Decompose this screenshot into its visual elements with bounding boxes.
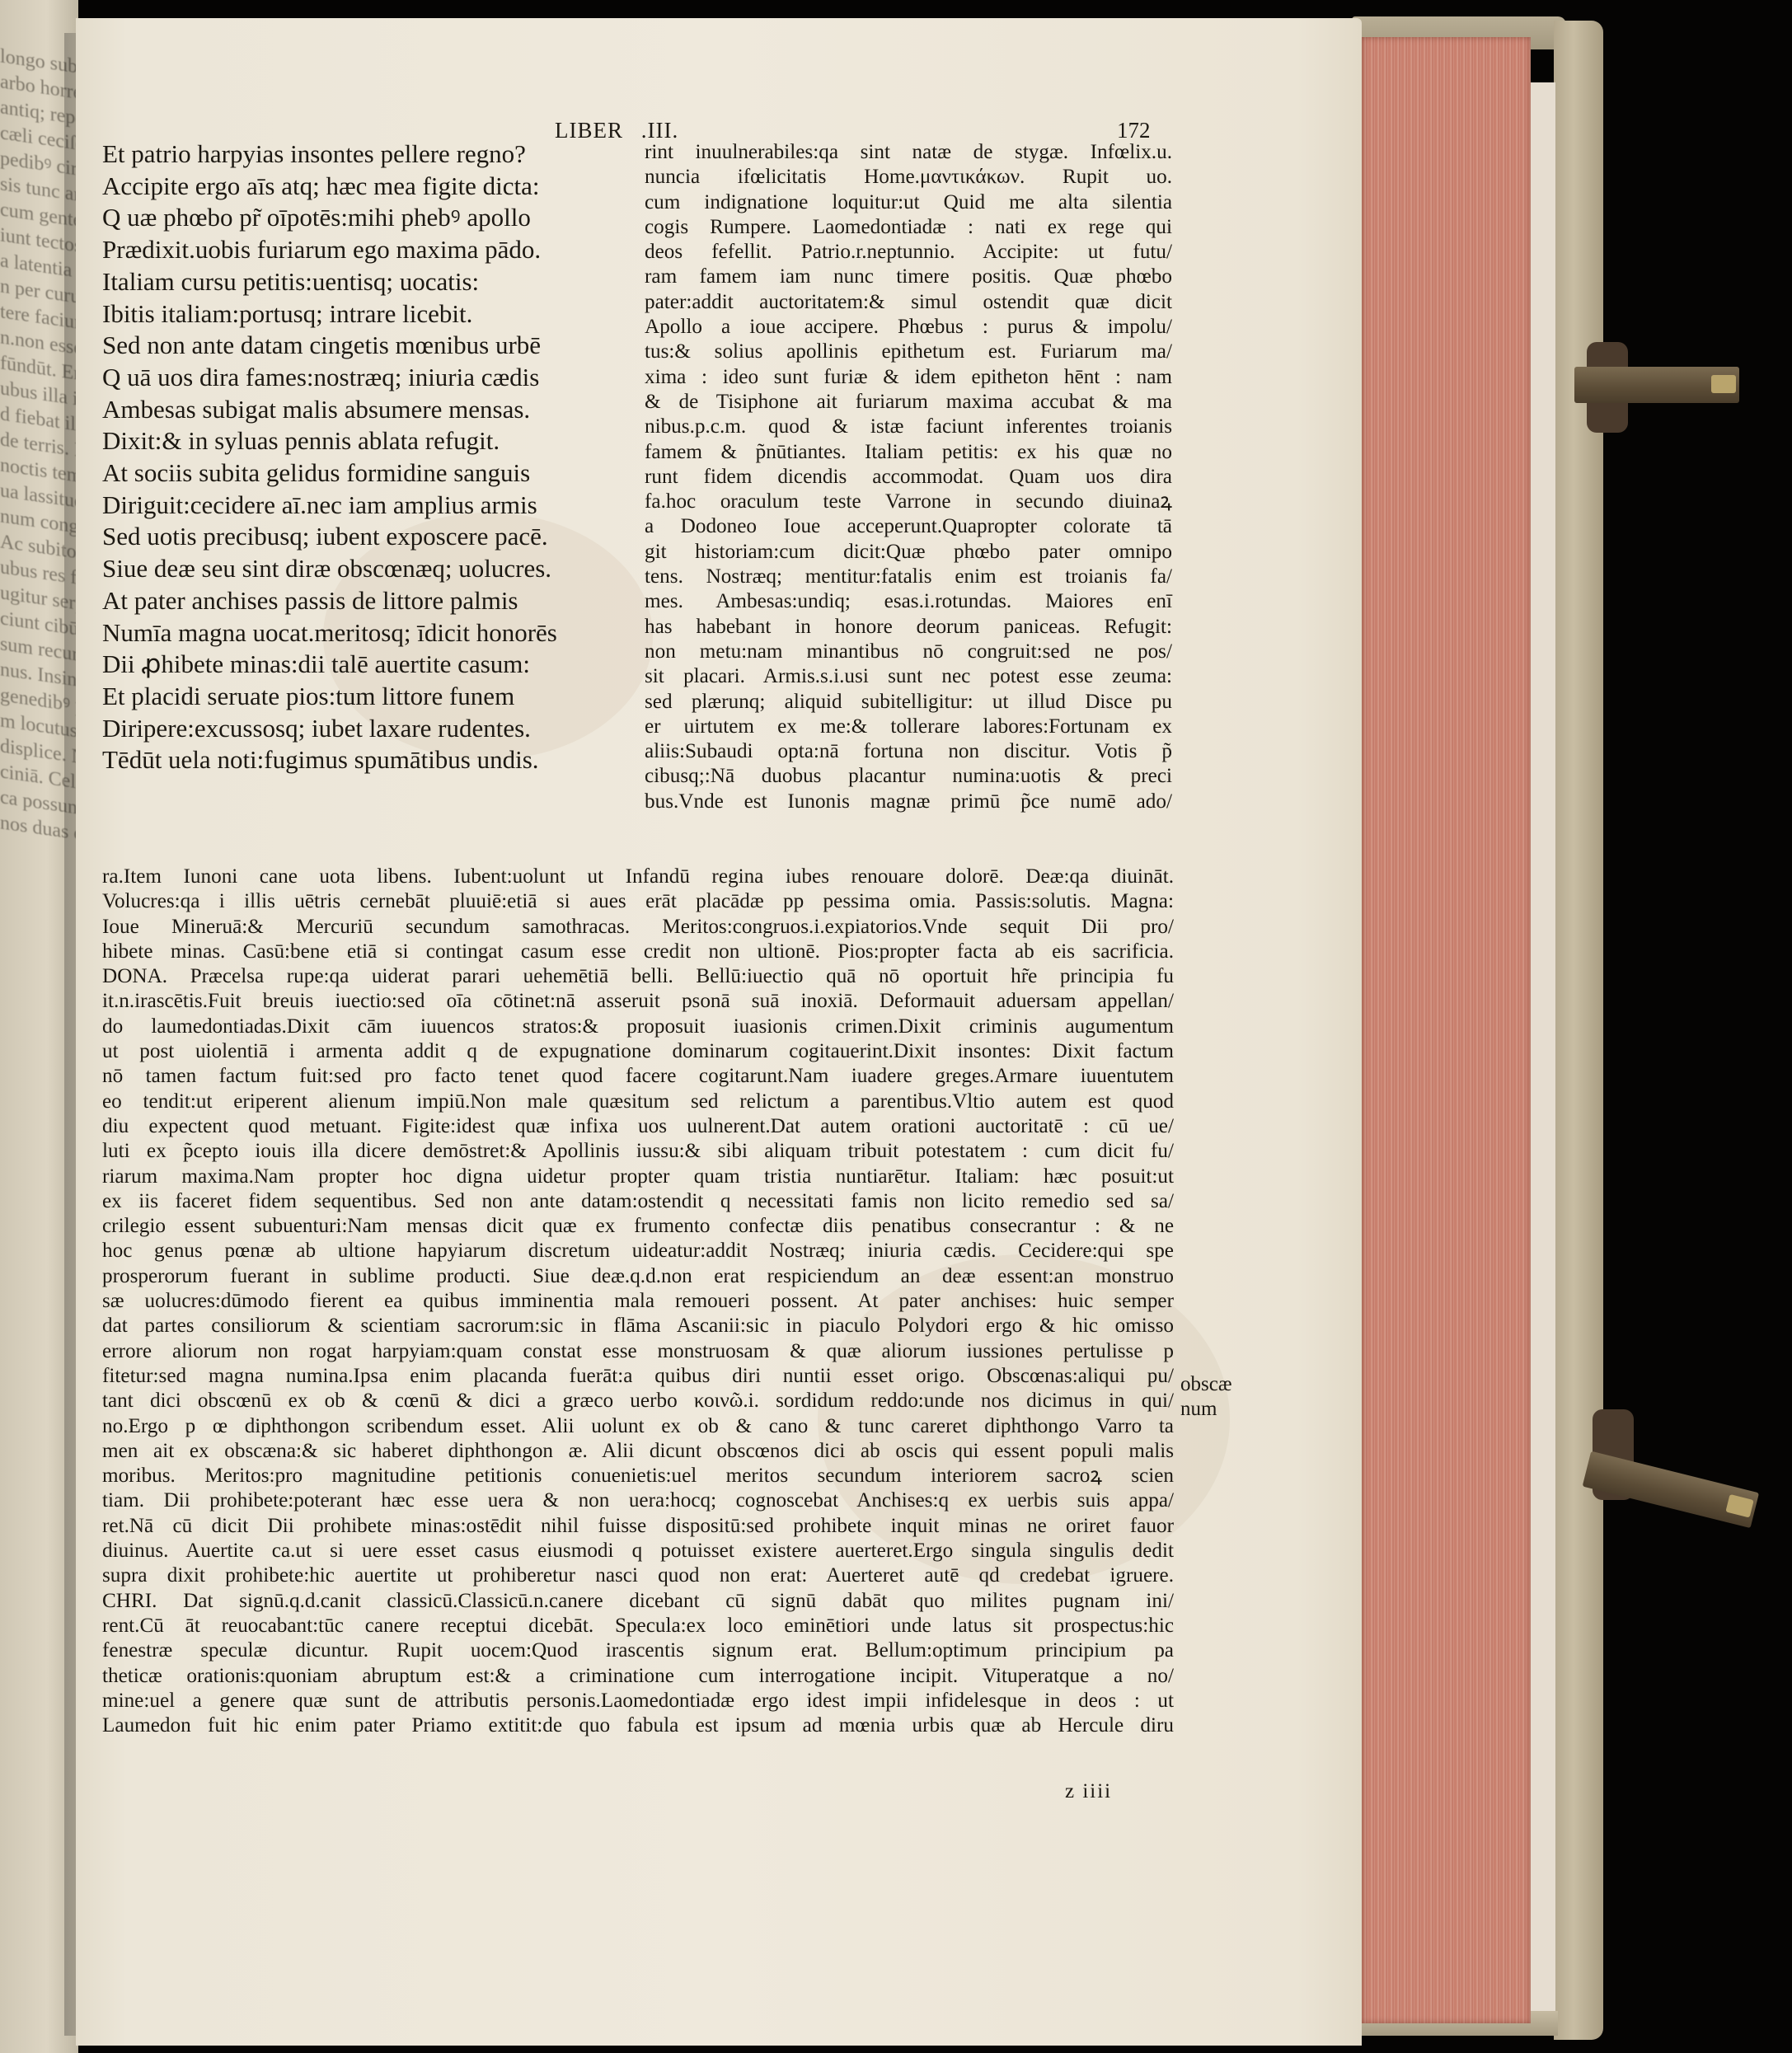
clasp-lower-icon[interactable] — [1583, 1451, 1759, 1528]
book-number: .III. — [641, 118, 678, 143]
commentary-line: runt fidem dicendis accommodat. Quam uos… — [645, 465, 1172, 490]
commentary-line: it.n.irascētis.Fuit breuis iuectio:sed o… — [102, 989, 1174, 1014]
commentary-line: supra dixit prohibete:hic auertite ut pr… — [102, 1563, 1174, 1588]
commentary-line: fenestræ speculæ dicuntur. Rupit uocem:Q… — [102, 1638, 1174, 1663]
commentary-line: nuncia ifœlicitatis Home.μαντικάκων. Rup… — [645, 165, 1172, 190]
commentary-line: ex iis faceret fidem sequentibus. Sed no… — [102, 1189, 1174, 1214]
brass-catch-icon — [1711, 375, 1736, 393]
commentary-line: fitetur:sed magna numina.Ipsa enim placa… — [102, 1364, 1174, 1389]
commentary-line: xima : ideo sunt furiæ & idem epitheton … — [645, 365, 1172, 390]
vellum-binding-board — [1554, 21, 1603, 2040]
verse-line: Dixit:& in syluas pennis ablata refugit. — [102, 425, 646, 457]
verse-line: Ibitis italiam:portusq; intrare licebit. — [102, 298, 646, 330]
commentary-line: diu expectent quod metuant. Figite:idest… — [102, 1114, 1174, 1139]
commentary-line: DONA. Præcelsa rupe:qa uiderat parari ue… — [102, 964, 1174, 989]
commentary-line: er uirtutem ex me:& tollerare labores:Fo… — [645, 715, 1172, 739]
marginal-note: obscæ num — [1180, 1372, 1232, 1422]
commentary-line: git historiam:cum dicit:Quæ phœbo pater … — [645, 540, 1172, 565]
commentary-line: tiam. Dii prohibete:poterant hæc esse ue… — [102, 1488, 1174, 1513]
commentary-line: rent.Cū āt reuocabant:tūc canere receptu… — [102, 1614, 1174, 1638]
commentary-line: nibus.p.c.m. quod & istæ faciunt inferen… — [645, 415, 1172, 439]
verse-line: Ambesas subigat malis absumere mensas. — [102, 394, 646, 426]
marginal-note-line: num — [1180, 1397, 1232, 1422]
commentary-line: moribus. Meritos:pro magnitudine petitio… — [102, 1464, 1174, 1488]
commentary-line: ram famem iam nunc timere positis. Quæ p… — [645, 265, 1172, 289]
commentary-line: no.Ergo p œ diphthongon scribendum esset… — [102, 1414, 1174, 1439]
commentary-full-width: ra.Item Iunoni cane uota libens. Iubent:… — [102, 865, 1174, 1738]
commentary-line: cibusq;:Nā duobus placantur numina:uotis… — [645, 764, 1172, 789]
commentary-line: cum indignatione loquitur:ut Quid me alt… — [645, 190, 1172, 215]
brass-catch-icon — [1725, 1494, 1753, 1518]
commentary-line: luti ex p̃cepto iouis illa dicere demōst… — [102, 1139, 1174, 1164]
commentary-line: fa.hoc oraculum teste Varrone in secundo… — [645, 490, 1172, 514]
verse-line: Tēdūt uela noti:fugimus spumātibus undis… — [102, 744, 646, 776]
commentary-line: bus.Vnde est Iunonis magnæ primū p̃ce nu… — [645, 790, 1172, 814]
verse-line: Diripere:excussosq; iubet laxare rudente… — [102, 713, 646, 745]
commentary-line: Volucres:qa i illis uētris cernebāt pluu… — [102, 889, 1174, 914]
verse-line: At sociis subita gelidus formidine sangu… — [102, 457, 646, 490]
commentary-line: aliis:Subaudi opta:nā fortuna non discit… — [645, 739, 1172, 764]
verse-line: Accipite ergo aīs atq; hæc mea figite di… — [102, 171, 646, 203]
commentary-line: famem & p̃nūtiantes. Italiam petitis: ex… — [645, 440, 1172, 465]
commentary-line: crilegio essent subuenturi:Nam mensas di… — [102, 1214, 1174, 1239]
commentary-line: dat partes consiliorum & scientiam sacro… — [102, 1314, 1174, 1338]
verse-line: Dii ꝓhibete minas:dii talē auertite casu… — [102, 649, 646, 681]
commentary-line: do laumedontiadas.Dixit cām iuuencos str… — [102, 1015, 1174, 1039]
commentary-line: a Dodoneo Ioue acceperunt.Quapropter col… — [645, 514, 1172, 539]
verse-line: Et placidi seruate pios:tum littore fune… — [102, 681, 646, 713]
commentary-line: & de Tisiphone ait furiarum maxima accub… — [645, 390, 1172, 415]
commentary-line: tens. Nostræq; mentitur:fatalis enim est… — [645, 565, 1172, 589]
commentary-line: ut post uiolentiā i armenta addit q de e… — [102, 1039, 1174, 1064]
commentary-line: theticæ orationis:quoniam abruptum est:&… — [102, 1664, 1174, 1689]
commentary-line: hoc genus pœnæ ab ultione hapyiarum disc… — [102, 1239, 1174, 1263]
commentary-line: riarum maxima.Nam propter hoc digna uide… — [102, 1165, 1174, 1189]
verse-line: Sed non ante datam cingetis mœnibus urbē — [102, 330, 646, 362]
commentary-line: Laumedon fuit hic enim pater Priamo exti… — [102, 1713, 1174, 1738]
commentary-line: errore aliorum non rogat harpyiam:quam c… — [102, 1339, 1174, 1364]
commentary-line: cogis Rumpere. Laomedontiadæ : nati ex r… — [645, 215, 1172, 240]
commentary-line: men ait ex obscæna:& sic haberet diphtho… — [102, 1439, 1174, 1464]
verse-line: Q uæ phœbo pr̃ oīpotēs:mihi phebꝰ apollo — [102, 202, 646, 234]
commentary-line: has habebant in honore deorum paniceas. … — [645, 615, 1172, 640]
commentary-line: sed plærunq; aliquid subitelligitur: ut … — [645, 690, 1172, 715]
verse-line: Sed uotis precibusq; iubent exposcere pa… — [102, 521, 646, 553]
commentary-line: mes. Ambesas:undiq; esas.i.rotundas. Mai… — [645, 589, 1172, 614]
commentary-line: non metu:nam minantibus nō congruit:sed … — [645, 640, 1172, 664]
commentary-line: deos fefellit. Patrio.r.neptunnio. Accip… — [645, 240, 1172, 265]
commentary-line: sit placari. Armis.s.i.usi sunt nec pote… — [645, 664, 1172, 689]
commentary-line: diuinus. Auertite ca.ut si uere esset ca… — [102, 1539, 1174, 1563]
verse-text-block: Et patrio harpyias insontes pellere regn… — [102, 138, 646, 776]
verse-line: Prædixit.uobis furiarum ego maxima pādo. — [102, 234, 646, 266]
commentary-line: sæ uolucres:dūmodo fierent ea quibus imm… — [102, 1289, 1174, 1314]
commentary-line: tus:& solius apollinis epithetum est. Fu… — [645, 340, 1172, 364]
verse-line: Numīa magna uocat.meritosq; īdicit honor… — [102, 617, 646, 649]
clasp-upper-icon[interactable] — [1574, 367, 1739, 403]
commentary-line: prosperorum fuerant in sublime producti.… — [102, 1264, 1174, 1289]
commentary-line: Apollo a ioue accipere. Phœbus : purus &… — [645, 315, 1172, 340]
verse-line: Q uā uos dira fames:nostræq; iniuria cæd… — [102, 362, 646, 394]
commentary-line: hibete minas. Casū:bene etiā si continga… — [102, 940, 1174, 964]
verse-line: Diriguit:cecidere aī.nec iam amplius arm… — [102, 490, 646, 522]
commentary-line: ra.Item Iunoni cane uota libens. Iubent:… — [102, 865, 1174, 889]
commentary-line: Ioue Mineruā:& Mercuriū secundum samothr… — [102, 915, 1174, 940]
signature-mark: z iiii — [1065, 1780, 1112, 1803]
commentary-line: mine:uel a genere quæ sunt de attributis… — [102, 1689, 1174, 1713]
verse-line: Et patrio harpyias insontes pellere regn… — [102, 138, 646, 171]
verse-line: Siue deæ seu sint diræ obscœnæq; uolucre… — [102, 553, 646, 585]
commentary-line: eo tendit:ut eriperent alienum impiū.Non… — [102, 1090, 1174, 1114]
commentary-right-column: rint inuulnerabiles:qa sint natæ de styg… — [645, 140, 1172, 814]
verse-line: At pater anchises passis de littore palm… — [102, 585, 646, 617]
commentary-line: CHRI. Dat signū.q.d.canit classicū.Class… — [102, 1589, 1174, 1614]
red-stained-fore-edge — [1362, 37, 1531, 2023]
commentary-line: pater:addit auctoritatem:& simul ostendi… — [645, 290, 1172, 315]
commentary-line: rint inuulnerabiles:qa sint natæ de styg… — [645, 140, 1172, 165]
commentary-line: tant dici obscœnū ex ob & cœnū & dici a … — [102, 1389, 1174, 1413]
commentary-line: ret.Nā cū dicit Dii prohibete minas:ostē… — [102, 1514, 1174, 1539]
commentary-line: nō tamen factum fuit:sed pro facto tenet… — [102, 1064, 1174, 1089]
marginal-note-line: obscæ — [1180, 1372, 1232, 1397]
verse-line: Italiam cursu petitis:uentisq; uocatis: — [102, 266, 646, 298]
endleaf-edge — [1531, 82, 1555, 2011]
